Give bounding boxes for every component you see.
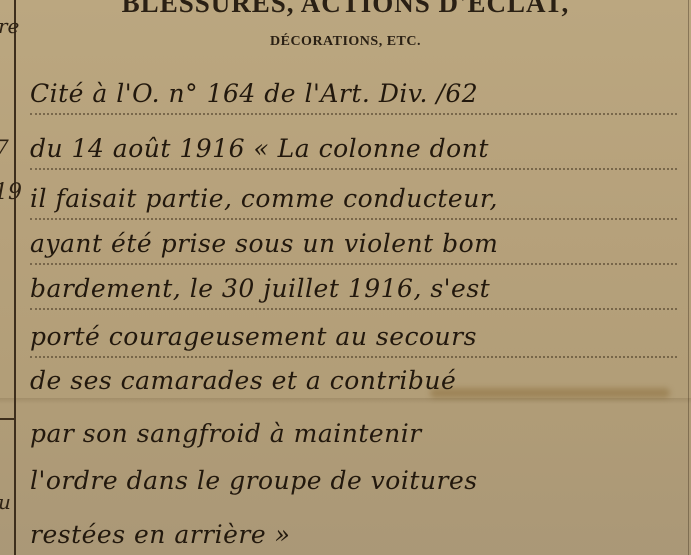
handwritten-line: l'ordre dans le groupe de voitures [30,462,677,500]
handwritten-line: de ses camarades et a contribué [30,362,677,400]
handwritten-line: Cité à l'O. n° 164 de l'Art. Div. /62 [30,75,677,115]
handwritten-line: bardement, le 30 juillet 1916, s'est [30,270,677,310]
section-heading: BLESSURES, ACTIONS D'ÉCLAT, [0,0,691,19]
margin-note: 7 [0,135,9,159]
margin-note: 19 [0,180,22,205]
handwritten-line: restées en arrière » [30,516,677,554]
margin-note: u [0,490,11,514]
section-subheading: DÉCORATIONS, ETC. [0,34,691,50]
handwritten-line: ayant été prise sous un violent bom [30,225,677,265]
handwritten-line: du 14 août 1916 « La colonne dont [30,130,677,170]
margin-divider [0,418,15,420]
handwritten-line: il faisait partie, comme conducteur, [30,180,677,220]
handwritten-line: par son sangfroid à maintenir [30,415,677,453]
right-edge-rule [688,0,689,555]
margin-rule [14,0,16,555]
handwritten-line: porté courageusement au secours [30,318,677,358]
